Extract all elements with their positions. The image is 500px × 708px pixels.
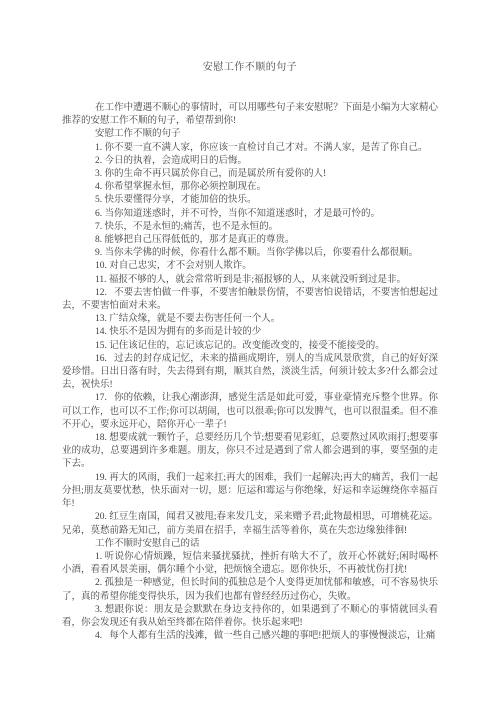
sentence-item: 5. 快乐要懂得分享，才能加倍的快乐。 <box>62 194 438 207</box>
document-page: 安慰工作不顺的句子 在工作中遭遇不顺心的事情时，可以用哪些句子来安慰呢？下面是小… <box>0 0 500 708</box>
sentence-item: 20. 红豆生南国，闻君又被甩;春来发几支，采来赠予君;此物最相思，可增桃花运。… <box>62 511 438 537</box>
sentence-item: 4. 每个人都有生活的浅滩，做一些自己感兴趣的事吧!把烦人的事慢慢淡忘，让痛 <box>62 630 438 643</box>
sentence-item: 1. 听说你心情烦躁，短信来骚扰骚扰，挫折有啥大不了，放开心怀就好;闲时喝杯小酒… <box>62 551 438 577</box>
sentence-item: 3. 想跟你说：朋友是会默默在身边支持你的，如果遇到了不顺心的事情就回头看看，你… <box>62 604 438 630</box>
sentence-item: 13. 广结众缘，就是不要去伤害任何一个人。 <box>62 313 438 326</box>
sentence-item: 9. 当你未学佛的时候，你看什么都不顺。当你学佛以后，你要看什么都很顺。 <box>62 247 438 260</box>
section1-heading: 安慰工作不顺的句子 <box>62 128 438 141</box>
sentence-item: 14. 快乐不是因为拥有的多而是计较的少 <box>62 326 438 339</box>
sentence-item: 8. 能够把自己压得低低的，那才是真正的尊贵。 <box>62 234 438 247</box>
sentence-item: 6. 当你知道迷惑时，并不可怜，当你不知道迷惑时，才是最可怜的。 <box>62 208 438 221</box>
page-title: 安慰工作不顺的句子 <box>0 0 500 73</box>
sentence-item: 16. 过去的封存成记忆，未来的描画成期许，别人的当成风景欣赏，自己的好好深爱珍… <box>62 353 438 393</box>
document-body: 在工作中遭遇不顺心的事情时，可以用哪些句子来安慰呢？下面是小编为大家精心推荐的安… <box>62 102 438 643</box>
sentence-item: 19. 再大的风雨，我们一起来扛;再大的困难，我们一起解决;再大的痛苦，我们一起… <box>62 472 438 512</box>
sentence-item: 7. 快乐，不是永恒的;痛苦，也不是永恒的。 <box>62 221 438 234</box>
sentence-item: 12. 不要去害怕做一件事，不要害怕触景伤情，不要害怕说错话，不要害怕想起过去，… <box>62 287 438 313</box>
sentence-item: 18. 想要成就一颗竹子，总要经历几个节;想要看见彩虹，总要熬过风吹雨打;想要事… <box>62 432 438 472</box>
sentence-item: 15. 记住该记住的，忘记该忘记的。改变能改变的，接受不能接受的。 <box>62 340 438 353</box>
sentence-item: 17. 你的依赖，让我心潮澎湃，感觉生活是如此可爱，事业豪情充斥整个世界。你可以… <box>62 392 438 432</box>
sentence-item: 4. 你希望掌握永恒，那你必须控制现在。 <box>62 181 438 194</box>
sentence-item: 11. 福报不够的人，就会常常听到是非;福报够的人，从来就没听到过是非。 <box>62 274 438 287</box>
sentence-item: 2. 孤独是一种感觉，但长时间的孤独总是个人变得更加忧郁和敏感，可不容易快乐了，… <box>62 577 438 603</box>
section2-heading: 工作不顺时安慰自己的话 <box>62 538 438 551</box>
sentence-item: 3. 你的生命不再只属於你自己，而是属於所有爱你的人! <box>62 168 438 181</box>
sentence-item: 10. 对自己忠实，才不会对别人欺诈。 <box>62 260 438 273</box>
intro-paragraph: 在工作中遭遇不顺心的事情时，可以用哪些句子来安慰呢？下面是小编为大家精心推荐的安… <box>62 102 438 128</box>
sentence-item: 2. 今日的执着，会造成明日的后悔。 <box>62 155 438 168</box>
sentence-item: 1. 你不要一直不满人家，你应该一直检讨自己才对。不满人家，是苦了你自己。 <box>62 142 438 155</box>
